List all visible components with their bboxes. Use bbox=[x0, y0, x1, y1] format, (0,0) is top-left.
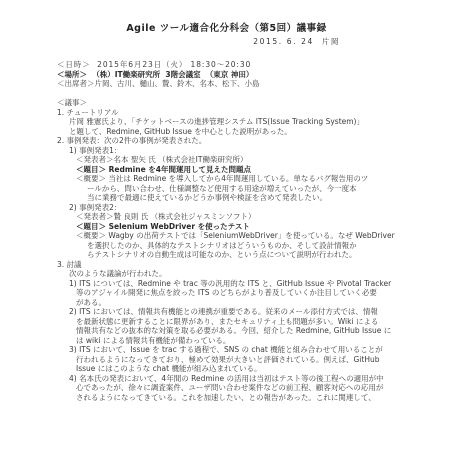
meta-location: ＜場所＞ （株）IT働楽研究所 3階会議室 （東京 神田） bbox=[57, 70, 425, 80]
discussion-item-3: 行われるようになってきており、極めて効果が大きいと評価されている。例えば、Git… bbox=[57, 355, 425, 365]
discussion-item-1: がある。 bbox=[57, 298, 425, 308]
discussion-item-3: Issue にはこのような chat 機能が組み込まれている。 bbox=[57, 364, 425, 374]
case2-summary: らテストシナリオの自動生成は可能なのか、という点について説明が行われた。 bbox=[57, 250, 425, 260]
case2-heading: 2) 事例発表2： bbox=[57, 203, 425, 213]
discussion-item-4: 4) 名本氏の発表において、4年間の Redmine の活用は当初はテスト等の後… bbox=[57, 374, 425, 384]
section-2-case-reports: 2. 事例発表：次の2件の事例が発表された。 bbox=[57, 136, 425, 146]
section-1-tutorial: 1. チュートリアル bbox=[57, 108, 425, 118]
discussion-item-1: 等のアジャイル開発に焦点を絞った ITS のどちらがより普及していくか注目してい… bbox=[57, 288, 425, 298]
discussion-item-1: 1) ITS については、Redmine や trac 等の汎用的な ITS と… bbox=[57, 279, 425, 289]
document-body: ＜日時＞ 2015年6月23日（火） 18:30～20:30＜場所＞ （株）IT… bbox=[57, 60, 425, 402]
discussion-item-2: を最新状態に更新することに限界があり、またセキュリティ上も問題が多い。Wiki … bbox=[57, 317, 425, 327]
tutorial-line: と題して、Redmine, GitHub Issue を中心とした説明があった。 bbox=[57, 127, 425, 137]
case1-presenter: ＜発表者＞名本 聖矢 氏 （株式会社IT働楽研究所） bbox=[57, 155, 425, 165]
agenda-heading: ＜議事＞ bbox=[57, 98, 425, 108]
discussion-item-3: 3) ITS において、Issue を trac する過程で、SNS の cha… bbox=[57, 345, 425, 355]
case1-summary: ールから、問い合わせ、仕様調整など使用する用途が増えていったが、今一度本 bbox=[57, 184, 425, 194]
case1-summary: 当に業務で最適に使えているかどうか事例や検証を含めて発表したい。 bbox=[57, 193, 425, 203]
discussion-item-2: 情報共有などの抜本的な対策を取る必要がある。今回、紹介した Redmine, G… bbox=[57, 326, 425, 336]
case1-heading: 1) 事例発表1： bbox=[57, 146, 425, 156]
meta-attendees: ＜出席者＞片岡、古川、樋山、贄、鈴木、名本、松下、小島 bbox=[57, 79, 425, 89]
document-title: Agile ツール適合化分科会（第5回）議事録 bbox=[0, 20, 453, 34]
case2-summary: を選択したのか、具体的なテストシナリオはどういうものか、そして設計情報か bbox=[57, 241, 425, 251]
discussion-intro: 次のような議論が行われた。 bbox=[57, 269, 425, 279]
document-dateline: 2015. 6. 24 片岡 bbox=[0, 36, 453, 47]
case2-presenter: ＜発表者＞贄 良則 氏 （株式会社ジャスミンソフト） bbox=[57, 212, 425, 222]
document-page: Agile ツール適合化分科会（第5回）議事録 2015. 6. 24 片岡 ＜… bbox=[0, 0, 453, 453]
discussion-item-2: は wiki による情報共有機能が備わっている。 bbox=[57, 336, 425, 346]
spacer bbox=[57, 89, 425, 99]
case2-summary: ＜概要＞ Wagby の出荷テストでは「SeleniumWebDriver」を使… bbox=[57, 231, 425, 241]
case1-title: ＜題目＞ Redmine を4年間運用して見えた問題点 bbox=[57, 165, 425, 175]
discussion-item-4: 心であったが、徐々に調査案件、ユーザ問い合わせ案件などの前工程、顧客対応への応用… bbox=[57, 383, 425, 393]
case2-title: ＜題目＞ Selenium WebDriver を使ったテスト bbox=[57, 222, 425, 232]
meta-datetime: ＜日時＞ 2015年6月23日（火） 18:30～20:30 bbox=[57, 60, 425, 70]
tutorial-line: 片岡 雅憲氏より、「チケットベースの進捗管理システム ITS(Issue Tra… bbox=[57, 117, 425, 127]
case1-summary: ＜概要＞ 当社は Redmine を導入してから4年間運用している。単なるバグ報… bbox=[57, 174, 425, 184]
section-3-discussion: 3. 討議 bbox=[57, 260, 425, 270]
discussion-item-4: されるようになってきている。これを加速したい、との報告があった。これに関連して、 bbox=[57, 393, 425, 403]
discussion-item-2: 2) ITS においては、情報共有機能との連携が重要である。従来のメール添付方式… bbox=[57, 307, 425, 317]
